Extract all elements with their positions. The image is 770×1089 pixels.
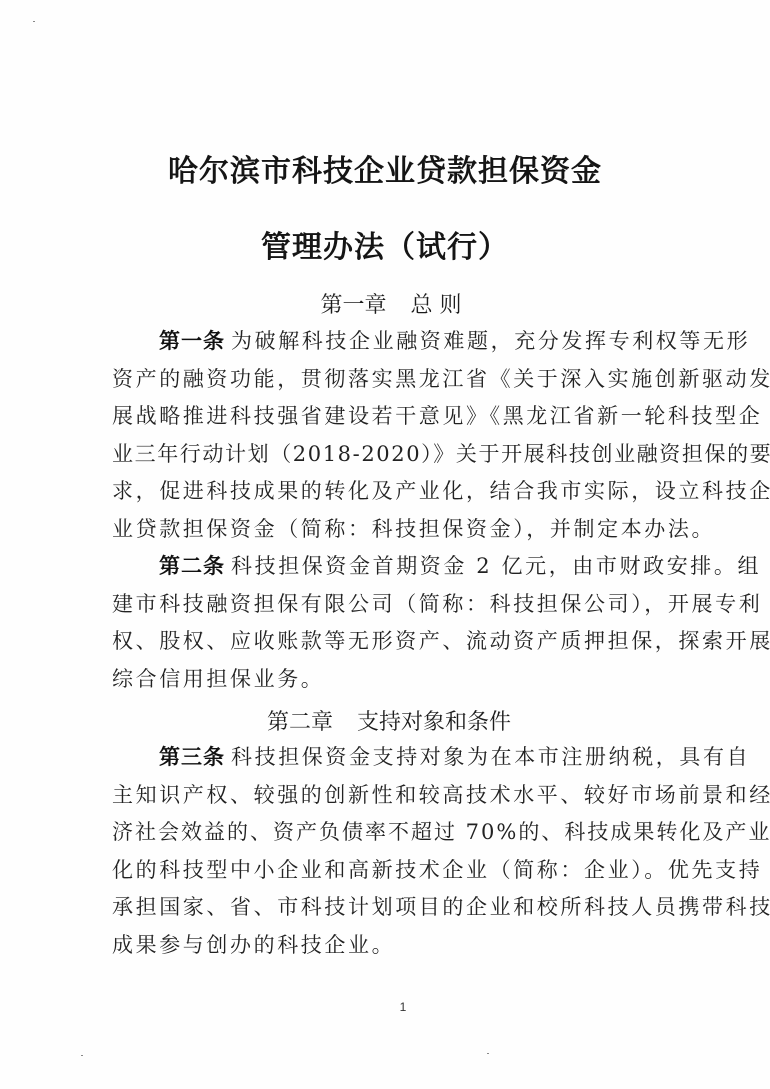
- article-line: 承担国家、省、市科技计划项目的企业和校所科技人员携带科技: [112, 889, 692, 927]
- article-text: 为破解科技企业融资难题，充分发挥专利权等无形: [231, 329, 750, 353]
- article-3: 第三条科技担保资金支持对象为在本市注册纳税，具有自 主知识产权、较强的创新性和较…: [112, 738, 692, 965]
- article-line: 济社会效益的、资产负债率不超过 70%的、科技成果转化及产业: [112, 814, 692, 852]
- article-line: 主知识产权、较强的创新性和较高技术水平、较好市场前景和经: [112, 777, 692, 815]
- scan-speck: [81, 1055, 83, 1056]
- article-line: 第一条为破解科技企业融资难题，充分发挥专利权等无形: [112, 322, 692, 361]
- article-2: 第二条科技担保资金首期资金 2 亿元，由市财政安排。组 建市科技融资担保有限公司…: [112, 547, 692, 698]
- article-line: 第二条科技担保资金首期资金 2 亿元，由市财政安排。组: [112, 547, 692, 586]
- article-text: 科技担保资金支持对象为在本市注册纳税，具有自: [231, 745, 750, 769]
- chapter-2-name: 支持对象和条件: [357, 710, 511, 735]
- chapter-2-heading: 第二章支持对象和条件: [4, 705, 770, 736]
- document-page: 哈尔滨市科技企业贷款担保资金 管理办法（试行） 第一章总 则 第一条为破解科技企…: [0, 0, 770, 1089]
- article-line: 业贷款担保资金（简称：科技担保资金），并制定本办法。: [112, 511, 692, 549]
- scan-speck: [487, 1053, 489, 1054]
- document-title-line-2: 管理办法（试行）: [0, 222, 770, 266]
- article-line: 化的科技型中小企业和高新技术企业（简称：企业）。优先支持: [112, 852, 692, 890]
- article-line: 权、股权、应收账款等无形资产、流动资产质押担保，探索开展: [112, 623, 692, 661]
- article-line: 业三年行动计划（2018-2020）》关于开展科技创业融资担保的要: [112, 436, 692, 474]
- article-line: 成果参与创办的科技企业。: [112, 927, 692, 965]
- chapter-2-number: 第二章: [267, 710, 333, 735]
- chapter-1-heading: 第一章总 则: [6, 288, 770, 319]
- article-label: 第三条: [159, 744, 225, 769]
- article-text: 科技担保资金首期资金 2 亿元，由市财政安排。组: [231, 554, 761, 578]
- chapter-1-name: 总 则: [411, 293, 462, 318]
- article-1: 第一条为破解科技企业融资难题，充分发挥专利权等无形 资产的融资功能，贯彻落实黑龙…: [112, 322, 692, 549]
- document-title-line-1: 哈尔滨市科技企业贷款担保资金: [0, 146, 770, 190]
- article-line: 建市科技融资担保有限公司（简称：科技担保公司），开展专利: [112, 586, 692, 624]
- chapter-1-number: 第一章: [320, 293, 386, 318]
- article-line: 展战略推进科技强省建设若干意见》《黑龙江省新一轮科技型企: [112, 398, 692, 436]
- article-label: 第二条: [159, 553, 225, 578]
- page-number: 1: [0, 1000, 770, 1014]
- article-line: 综合信用担保业务。: [112, 661, 692, 699]
- article-line: 第三条科技担保资金支持对象为在本市注册纳税，具有自: [112, 738, 692, 777]
- article-line: 资产的融资功能，贯彻落实黑龙江省《关于深入实施创新驱动发: [112, 361, 692, 399]
- scan-speck: [33, 21, 35, 22]
- article-label: 第一条: [159, 328, 225, 353]
- article-line: 求，促进科技成果的转化及产业化，结合我市实际，设立科技企: [112, 473, 692, 511]
